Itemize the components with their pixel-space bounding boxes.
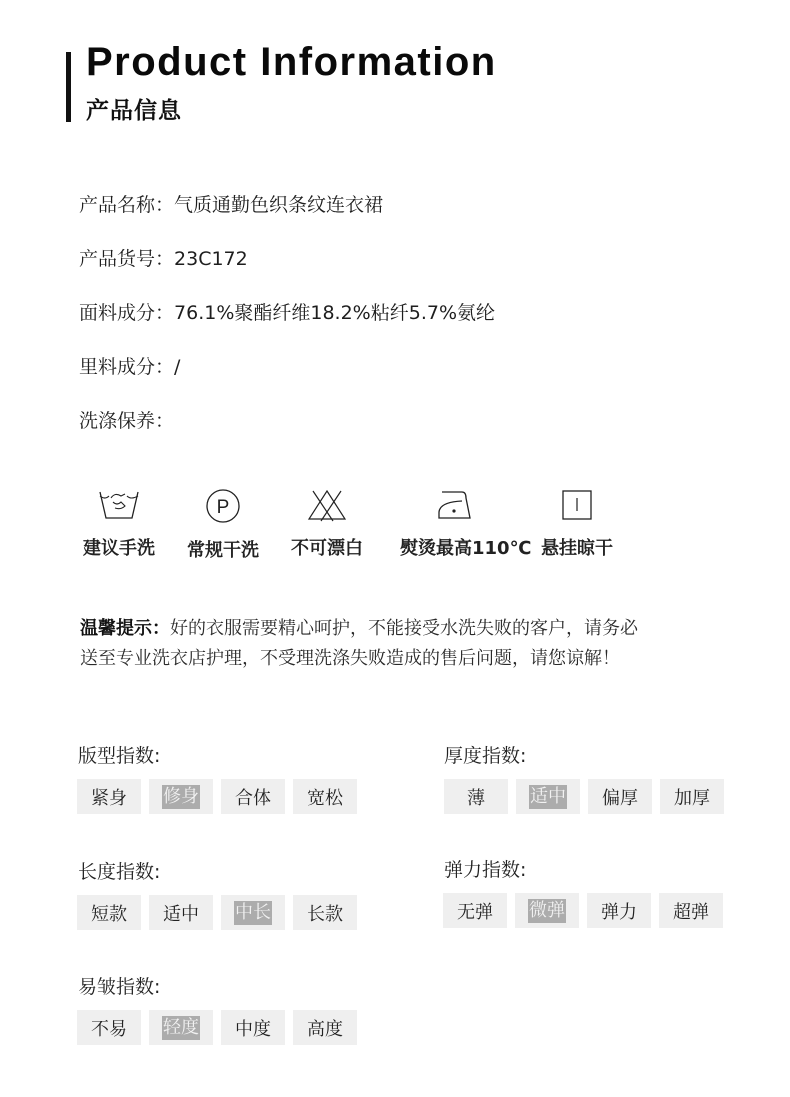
wrinkle-option: 不易 (77, 1010, 141, 1045)
length-option: 短款 (77, 895, 141, 930)
info-label: 里料成分： (79, 356, 174, 378)
length-index-title: 长度指数: (78, 857, 160, 884)
fit-option: 宽松 (293, 779, 357, 814)
info-label: 产品名称： (79, 194, 174, 216)
info-value: 76.1%聚酯纤维18.2%粘纤5.7%氨纶 (174, 302, 495, 324)
length-index-options: 短款 适中 中长 长款 (77, 895, 357, 930)
elasticity-index-title: 弹力指数: (444, 855, 526, 882)
elasticity-option-selected: 微弹 (515, 893, 579, 928)
wrinkle-option: 高度 (293, 1010, 357, 1045)
care-item-dry-clean: P 常规干洗 (168, 488, 278, 562)
care-label: 不可漂白 (272, 534, 382, 560)
page-title-zh: 产品信息 (86, 92, 182, 125)
page-title-en: Product Information (86, 40, 497, 85)
care-label: 悬挂晾干 (522, 534, 632, 560)
length-option: 适中 (149, 895, 213, 930)
info-value: 气质通勤色织条纹连衣裙 (174, 194, 383, 216)
wrinkle-index-title: 易皱指数: (78, 972, 160, 999)
fit-option: 合体 (221, 779, 285, 814)
fit-index-options: 紧身 修身 合体 宽松 (77, 779, 357, 814)
info-value: / (174, 356, 180, 378)
info-row-fabric: 面料成分：76.1%聚酯纤维18.2%粘纤5.7%氨纶 (79, 298, 495, 325)
info-row-name: 产品名称：气质通勤色织条纹连衣裙 (79, 190, 383, 217)
fit-option: 紧身 (77, 779, 141, 814)
elasticity-option: 无弹 (443, 893, 507, 928)
info-label: 产品货号： (79, 248, 174, 270)
thickness-option-selected: 适中 (516, 779, 580, 814)
info-label: 洗涤保养： (79, 410, 174, 432)
hang-dry-icon (560, 488, 594, 522)
tip-heading: 温馨提示： (80, 618, 170, 639)
length-option: 长款 (293, 895, 357, 930)
info-row-sku: 产品货号：23C172 (79, 244, 248, 271)
no-bleach-icon (307, 488, 347, 522)
elasticity-option: 弹力 (587, 893, 651, 928)
thickness-index-title: 厚度指数: (444, 741, 526, 768)
dry-clean-icon: P (205, 488, 241, 524)
length-option-selected: 中长 (221, 895, 285, 930)
svg-text:P: P (217, 497, 230, 518)
hand-wash-icon (97, 488, 141, 522)
wrinkle-index-options: 不易 轻度 中度 高度 (77, 1010, 357, 1045)
thickness-option: 偏厚 (588, 779, 652, 814)
thickness-index-options: 薄 适中 偏厚 加厚 (444, 779, 724, 814)
info-row-lining: 里料成分：/ (79, 352, 180, 379)
fit-index-title: 版型指数: (78, 741, 160, 768)
thickness-option: 加厚 (660, 779, 724, 814)
info-label: 面料成分： (79, 302, 174, 324)
title-accent-bar (66, 52, 71, 122)
wrinkle-option-selected: 轻度 (149, 1010, 213, 1045)
iron-icon (436, 488, 474, 522)
care-item-hand-wash: 建议手洗 (64, 488, 174, 560)
thickness-option: 薄 (444, 779, 508, 814)
care-item-iron: 熨烫最高110℃ (400, 488, 510, 560)
care-item-no-bleach: 不可漂白 (272, 488, 382, 560)
elasticity-index-options: 无弹 微弹 弹力 超弹 (443, 893, 723, 928)
fit-option-selected: 修身 (149, 779, 213, 814)
info-row-care: 洗涤保养： (79, 406, 174, 433)
info-value: 23C172 (174, 248, 248, 270)
care-label: 常规干洗 (168, 536, 278, 562)
care-label: 建议手洗 (64, 534, 174, 560)
care-item-hang-dry: 悬挂晾干 (522, 488, 632, 560)
care-tip: 温馨提示：好的衣服需要精心呵护，不能接受水洗失败的客户，请务必送至专业洗衣店护理… (80, 614, 640, 673)
elasticity-option: 超弹 (659, 893, 723, 928)
wrinkle-option: 中度 (221, 1010, 285, 1045)
care-label: 熨烫最高110℃ (400, 534, 510, 560)
